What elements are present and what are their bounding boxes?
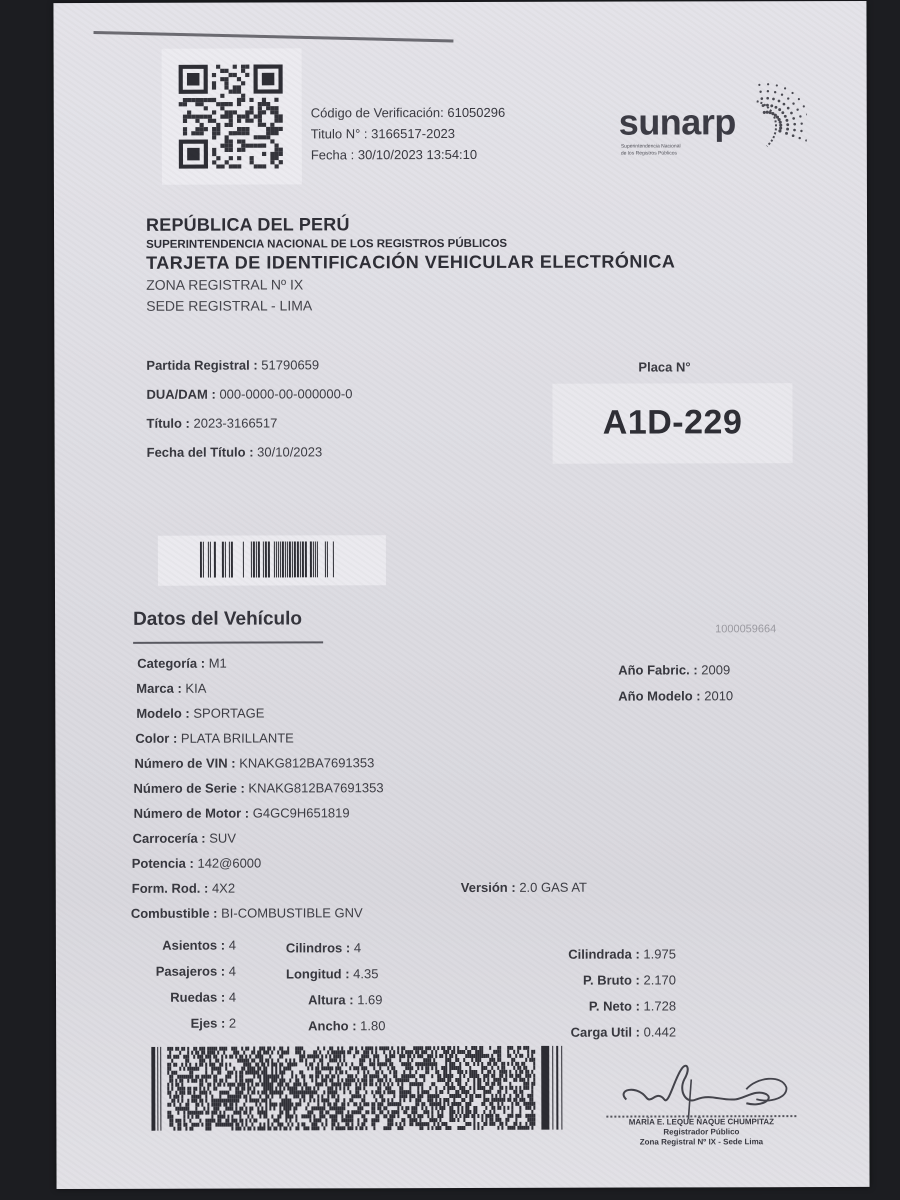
spec-field: Cilindrada : 1.975 bbox=[526, 941, 676, 967]
field-value: 4 bbox=[229, 938, 236, 953]
document-number: 1000059664 bbox=[715, 623, 776, 635]
field-value: BI-COMBUSTIBLE GNV bbox=[221, 905, 363, 920]
vehicle-field: Form. Rod. : 4X2 bbox=[132, 875, 382, 901]
vehicle-field: Color : PLATA BRILLANTE bbox=[135, 725, 385, 751]
barcode-icon bbox=[200, 541, 338, 577]
spec-field: Longitud : 4.35 bbox=[286, 961, 416, 987]
field-value: 1.975 bbox=[643, 946, 676, 961]
spec-field: Ejes : 2 bbox=[116, 1011, 236, 1037]
section-underline bbox=[133, 641, 323, 643]
specs-column-2: Cilindros : 4Longitud : 4.35Altura : 1.6… bbox=[286, 935, 416, 1039]
field-value: SPORTAGE bbox=[193, 706, 264, 721]
field-label: Año Modelo : bbox=[618, 688, 700, 703]
document-paper: Código de Verificación: 61050296 Titulo … bbox=[53, 1, 869, 1189]
office-label: SEDE REGISTRAL - LIMA bbox=[146, 296, 675, 313]
field-label: Cilindrada : bbox=[568, 947, 640, 962]
field-value: 1.69 bbox=[357, 992, 382, 1007]
field-value: 4 bbox=[229, 964, 236, 979]
signer-info: MARÍA E. LEQUE ÑAQUE CHUMPITAZ Registrad… bbox=[596, 1117, 806, 1148]
verification-block: Código de Verificación: 61050296 Titulo … bbox=[311, 102, 506, 166]
spec-field: Ruedas : 4 bbox=[116, 985, 236, 1011]
field-value: M1 bbox=[209, 656, 227, 671]
logo-wordmark: sunarp bbox=[619, 101, 736, 143]
pdf417-barcode-icon bbox=[151, 1046, 571, 1131]
linear-barcode bbox=[158, 535, 386, 586]
spec-field: Pasajeros : 4 bbox=[116, 959, 236, 985]
spec-field: Cilindros : 4 bbox=[286, 935, 416, 961]
spec-field: Altura : 1.69 bbox=[286, 987, 416, 1013]
title-block: REPÚBLICA DEL PERÚ SUPERINTENDENCIA NACI… bbox=[146, 213, 675, 313]
field-label: Asientos : bbox=[162, 938, 225, 953]
spec-field: Carga Util : 0.442 bbox=[526, 1019, 676, 1045]
field-value: 2 bbox=[229, 1016, 236, 1031]
vehicle-field: Carrocería : SUV bbox=[133, 825, 383, 851]
year-field: Año Fabric. : 2009 bbox=[618, 657, 733, 683]
agency-heading: SUPERINTENDENCIA NACIONAL DE LOS REGISTR… bbox=[146, 237, 675, 250]
specs-column-1: Asientos : 4Pasajeros : 4Ruedas : 4Ejes … bbox=[116, 933, 236, 1037]
field-value: PLATA BRILLANTE bbox=[181, 730, 294, 745]
plate-box: A1D-229 bbox=[552, 383, 792, 464]
field-value: G4GC9H651819 bbox=[253, 805, 350, 820]
year-fields: Año Fabric. : 2009Año Modelo : 2010 bbox=[618, 657, 733, 709]
vehicle-field: Potencia : 142@6000 bbox=[132, 850, 382, 876]
logo-tagline: Superintendencia Nacional de los Registr… bbox=[621, 143, 681, 157]
top-rule-line bbox=[93, 31, 453, 42]
field-label: Carrocería : bbox=[133, 831, 206, 846]
field-label: Categoría : bbox=[137, 656, 205, 671]
qr-code-icon bbox=[177, 64, 285, 168]
field-label: Pasajeros : bbox=[156, 964, 225, 979]
field-label: Año Fabric. : bbox=[618, 662, 697, 677]
zone-label: ZONA REGISTRAL Nº IX bbox=[146, 275, 675, 292]
field-value: 2.170 bbox=[643, 972, 676, 987]
field-value: SUV bbox=[209, 831, 236, 846]
field-label: Form. Rod. : bbox=[132, 881, 209, 896]
field-label: Potencia : bbox=[132, 856, 194, 871]
registry-fields: Partida Registral : 51790659 DUA/DAM : 0… bbox=[146, 350, 352, 467]
vehicle-field: Categoría : M1 bbox=[137, 650, 387, 676]
signature-block: MARÍA E. LEQUE ÑAQUE CHUMPITAZ Registrad… bbox=[596, 1059, 806, 1160]
signer-name: MARÍA E. LEQUE ÑAQUE CHUMPITAZ bbox=[596, 1117, 806, 1128]
field-value: 1.728 bbox=[644, 998, 677, 1013]
spec-field: Asientos : 4 bbox=[116, 933, 236, 959]
partida-field: Partida Registral : 51790659 bbox=[146, 350, 352, 380]
field-label: Color : bbox=[135, 731, 177, 746]
vehicle-field: Marca : KIA bbox=[136, 675, 386, 701]
qr-code bbox=[162, 48, 302, 184]
field-value: 4 bbox=[229, 990, 236, 1005]
field-value: KIA bbox=[185, 681, 206, 696]
field-value: 1.80 bbox=[360, 1018, 385, 1033]
version-field: Versión : 2.0 GAS AT bbox=[461, 880, 587, 895]
field-label: Número de Motor : bbox=[134, 806, 250, 821]
titulo-line: Titulo N° : 3166517-2023 bbox=[311, 123, 506, 145]
vehicle-field: Número de Serie : KNAKG812BA7691353 bbox=[133, 775, 383, 801]
field-label: Combustible : bbox=[131, 906, 218, 921]
field-label: Número de Serie : bbox=[133, 781, 244, 796]
spec-field: Ancho : 1.80 bbox=[286, 1013, 416, 1039]
spec-field: P. Bruto : 2.170 bbox=[526, 967, 676, 993]
field-value: 4 bbox=[354, 940, 361, 955]
field-value: 142@6000 bbox=[197, 856, 261, 871]
vehicle-field: Combustible : BI-COMBUSTIBLE GNV bbox=[131, 900, 381, 926]
field-value: KNAKG812BA7691353 bbox=[248, 780, 383, 795]
field-label: Ancho : bbox=[308, 1018, 356, 1033]
verification-code: 61050296 bbox=[447, 105, 505, 120]
spec-field: P. Neto : 1.728 bbox=[526, 993, 676, 1019]
section-title: Datos del Vehículo bbox=[133, 608, 302, 630]
field-label: Carga Util : bbox=[571, 1025, 640, 1040]
field-label: P. Neto : bbox=[589, 999, 640, 1014]
field-value: 4.35 bbox=[353, 966, 378, 981]
field-value: KNAKG812BA7691353 bbox=[239, 755, 374, 770]
plate-number: A1D-229 bbox=[552, 403, 792, 443]
field-value: 0.442 bbox=[644, 1024, 677, 1039]
field-label: Ejes : bbox=[191, 1016, 226, 1031]
signature-scribble-icon bbox=[596, 1059, 806, 1120]
sunarp-logo: sunarp Superintendencia Nacional de los … bbox=[617, 71, 807, 171]
plate-label: Placa N° bbox=[638, 359, 690, 374]
country-heading: REPÚBLICA DEL PERÚ bbox=[146, 213, 675, 235]
field-label: Altura : bbox=[308, 992, 354, 1007]
vehicle-field: Modelo : SPORTAGE bbox=[136, 700, 386, 726]
vehicle-fields: Categoría : M1Marca : KIAModelo : SPORTA… bbox=[133, 650, 384, 926]
year-field: Año Modelo : 2010 bbox=[618, 683, 733, 709]
field-value: 2009 bbox=[701, 662, 730, 677]
field-label: Número de VIN : bbox=[134, 756, 235, 771]
specs-column-3: Cilindrada : 1.975P. Bruto : 2.170P. Net… bbox=[526, 941, 676, 1045]
field-label: Marca : bbox=[136, 681, 182, 696]
vehicle-field: Número de VIN : KNAKG812BA7691353 bbox=[134, 750, 384, 776]
field-label: Longitud : bbox=[286, 966, 350, 981]
field-label: P. Bruto : bbox=[583, 973, 640, 988]
field-value: 4X2 bbox=[212, 881, 235, 896]
field-label: Modelo : bbox=[136, 706, 189, 721]
titulo-number: 3166517-2023 bbox=[371, 126, 455, 141]
verification-code-line: Código de Verificación: 61050296 bbox=[311, 102, 506, 124]
titulo-field: Título : 2023-3166517 bbox=[147, 408, 353, 438]
signer-office: Zona Registral Nº IX - Sede Lima bbox=[596, 1137, 806, 1148]
fecha-line: Fecha : 30/10/2023 13:54:10 bbox=[311, 144, 506, 166]
fecha-value: 30/10/2023 13:54:10 bbox=[358, 147, 477, 162]
field-value: 2010 bbox=[704, 688, 733, 703]
signer-role: Registrador Público bbox=[596, 1127, 806, 1138]
document-title: TARJETA DE IDENTIFICACIÓN VEHICULAR ELEC… bbox=[146, 251, 675, 273]
field-label: Ruedas : bbox=[170, 990, 225, 1005]
vehicle-field: Número de Motor : G4GC9H651819 bbox=[134, 800, 384, 826]
dua-field: DUA/DAM : 000-0000-00-000000-0 bbox=[146, 379, 352, 409]
fecha-titulo-field: Fecha del Título : 30/10/2023 bbox=[147, 437, 353, 467]
field-label: Cilindros : bbox=[286, 940, 350, 955]
